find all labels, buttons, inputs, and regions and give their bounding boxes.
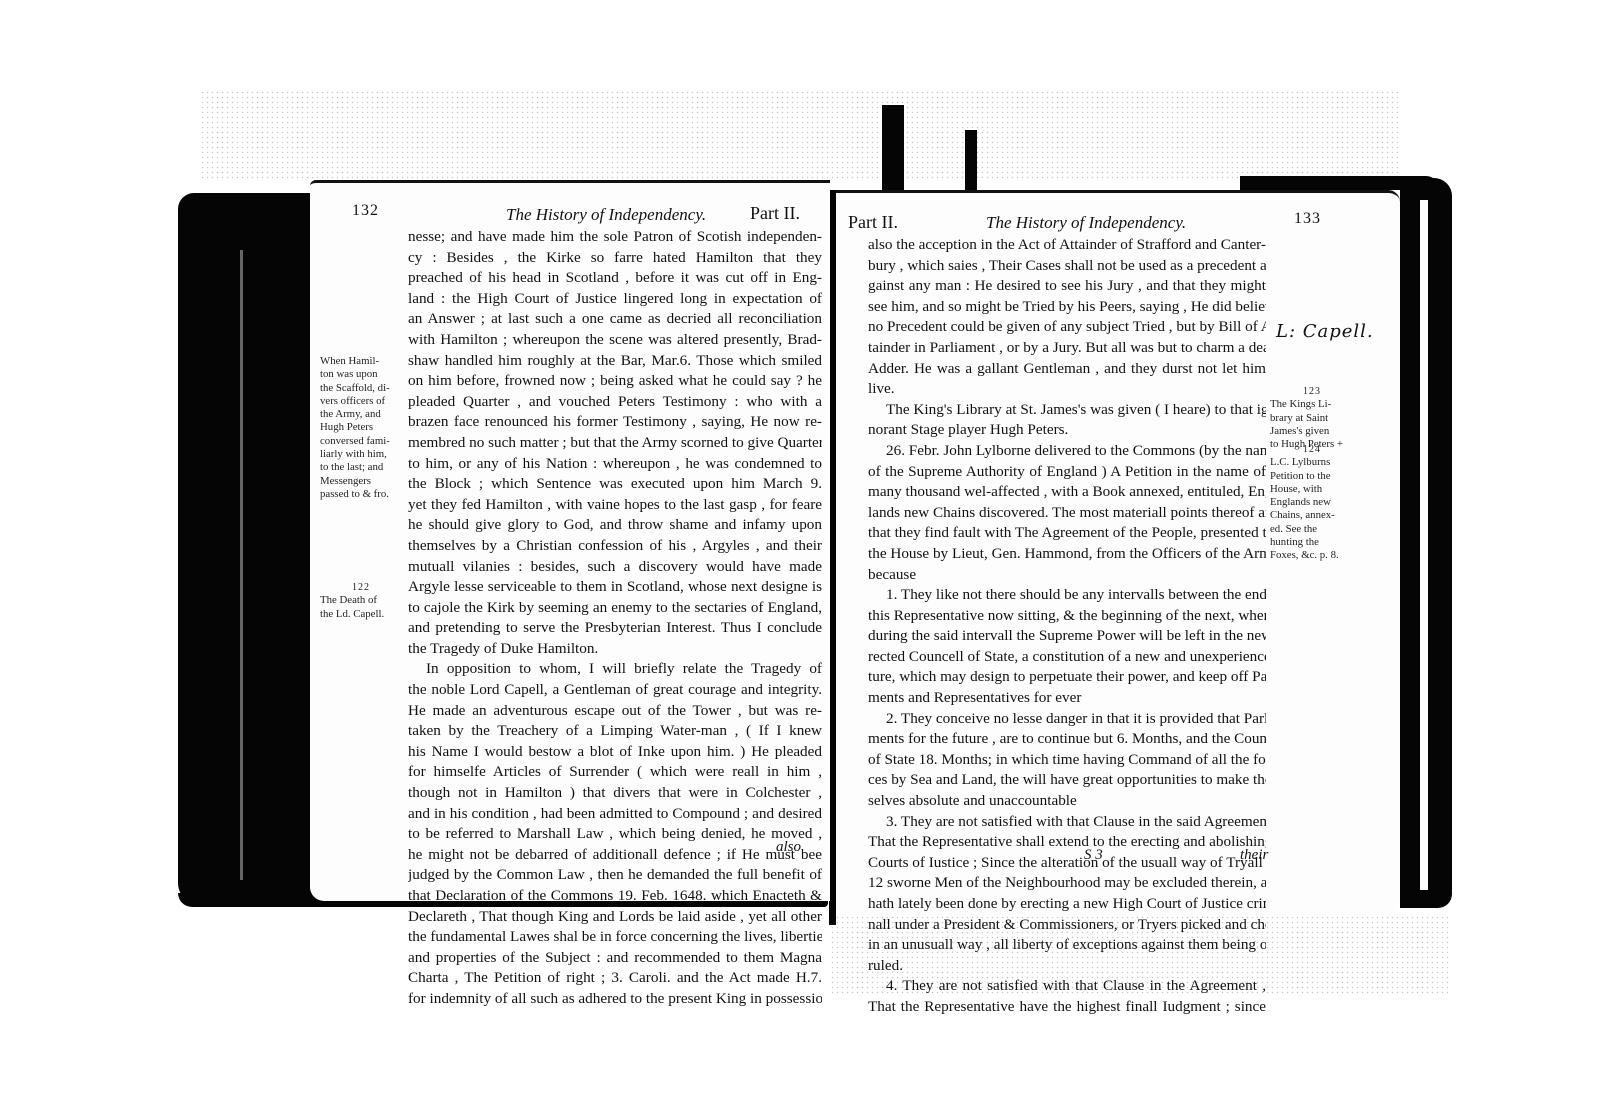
text-line: Declareth , That though King and Lords b… — [408, 907, 822, 928]
margin-note-line: hunting the — [1270, 536, 1354, 549]
text-line: ments and Representatives for ever — [868, 688, 1266, 709]
text-line: the fundamental Lawes shal be in force c… — [408, 927, 822, 948]
text-line: nesse; and have made him the sole Patron… — [408, 227, 822, 248]
text-line: to him, or any of his Nation : whereupon… — [408, 454, 822, 475]
text-line: yet they fed Hamilton , with vaine hopes… — [408, 495, 822, 516]
margin-note-number: 123 — [1270, 385, 1354, 398]
text-line: the Block ; which Sentence was executed … — [408, 474, 822, 495]
text-line: see him, and so might be Tried by his Pe… — [868, 297, 1266, 318]
margin-note-line: brary at Saint — [1270, 412, 1354, 425]
text-line: of the Supreme Authority of England ) A … — [868, 462, 1266, 483]
text-line: tainder in Parliament , or by a Jury. Bu… — [868, 338, 1266, 359]
margin-note-line: House, with — [1270, 483, 1354, 496]
text-line: taken by the Treachery of a Limping Wate… — [408, 721, 822, 742]
right-body-text: also the acception in the Act of Attaind… — [868, 235, 1266, 1018]
text-line: 12 sworne Men of the Neighbourhood may b… — [868, 873, 1266, 894]
margin-note-line: liarly with him, — [320, 448, 402, 461]
signature-mark: S 3 — [1084, 847, 1103, 864]
text-line: themselves by a Christian confession of … — [408, 536, 822, 557]
text-line: 26. Febr. John Lylborne delivered to the… — [868, 441, 1266, 462]
margin-note-line: Foxes, &c. p. 8. — [1270, 549, 1354, 562]
spine-tab-2 — [965, 130, 977, 190]
text-line: Charta , The Petition of right ; 3. Caro… — [408, 968, 822, 989]
left-margin-note-2: 122The Death ofthe Ld. Capell. — [320, 581, 402, 621]
left-margin-note-1: When Hamil-ton was uponthe Scaffold, di-… — [320, 355, 402, 501]
text-line: he should give glory to God, and throw s… — [408, 515, 822, 536]
margin-note-line: Messengers — [320, 475, 402, 488]
margin-note-line: Englands new — [1270, 496, 1354, 509]
text-line: and in his condition , had been admitted… — [408, 804, 822, 825]
right-cover-top-edge — [1240, 176, 1440, 190]
left-body-text: nesse; and have made him the sole Patron… — [408, 227, 822, 1010]
text-line: gainst any man : He desired to see his J… — [868, 276, 1266, 297]
text-line: an Answer ; at last such a one came as d… — [408, 309, 822, 330]
margin-note-line: the Army, and — [320, 408, 402, 421]
text-line: that Declaration of the Commons 19. Feb.… — [408, 886, 822, 907]
text-line: selves absolute and unaccountable — [868, 791, 1266, 812]
text-line: of State 18. Months; in which time havin… — [868, 750, 1266, 771]
gutter-spine — [829, 190, 836, 925]
text-line: this Representative now sitting, & the b… — [868, 606, 1266, 627]
left-part-label: Part II. — [750, 203, 800, 224]
text-line: land : the High Court of Justice lingere… — [408, 289, 822, 310]
text-line: membred no such matter ; but that the Ar… — [408, 433, 822, 454]
text-line: for himselfe Articles of Surrender ( whi… — [408, 762, 822, 783]
text-line: That the Representative have the highest… — [868, 997, 1266, 1018]
text-line: ments for the future , are to continue b… — [868, 729, 1266, 750]
text-line: though not in Hamilton ) that divers tha… — [408, 783, 822, 804]
text-line: also the acception in the Act of Attaind… — [868, 235, 1266, 256]
text-line: norant Stage player Hugh Peters. — [868, 420, 1266, 441]
left-cover-board — [178, 193, 328, 905]
margin-note-number: 122 — [320, 581, 402, 594]
text-line: live. — [868, 379, 1266, 400]
right-margin-note-1: 123The Kings Li-brary at SaintJames's gi… — [1270, 385, 1354, 451]
margin-note-line: The Death of — [320, 594, 402, 607]
text-line: cy : Besides , the Kirke so farre hated … — [408, 248, 822, 269]
right-page-folio: 133 — [1294, 210, 1321, 228]
text-line: because — [868, 565, 1266, 586]
left-page-folio: 132 — [352, 202, 379, 220]
right-catchword: their — [1240, 847, 1268, 864]
text-line: That the Representative shall extend to … — [868, 832, 1266, 853]
text-line: lands new Chains discovered. The most ma… — [868, 503, 1266, 524]
margin-note-line: passed to & fro. — [320, 488, 402, 501]
margin-note-number: 124 — [1270, 443, 1354, 456]
text-line: The King's Library at St. James's was gi… — [868, 400, 1266, 421]
margin-note-line: the Scaffold, di- — [320, 382, 402, 395]
text-line: In opposition to whom, I will briefly re… — [408, 659, 822, 680]
text-line: 2. They conceive no lesse danger in that… — [868, 709, 1266, 730]
handwritten-annotation: L: Capell. — [1276, 321, 1374, 342]
text-line: hath lately been done by erecting a new … — [868, 894, 1266, 915]
text-line: in an unusuall way , all liberty of exce… — [868, 935, 1266, 956]
text-line: pleaded Quarter , and vouched Peters Tes… — [408, 392, 822, 413]
right-part-label: Part II. — [848, 212, 898, 233]
text-line: during the said intervall the Supreme Po… — [868, 626, 1266, 647]
margin-note-line: James's given — [1270, 425, 1354, 438]
margin-note-line: conversed fami- — [320, 435, 402, 448]
text-line: many thousand wel-affected , with a Book… — [868, 482, 1266, 503]
margin-note-line: Petition to the — [1270, 470, 1354, 483]
text-line: bury , which saies , Their Cases shall n… — [868, 256, 1266, 277]
margin-note-line: Hugh Peters — [320, 421, 402, 434]
text-line: nall under a President & Commissioners, … — [868, 915, 1266, 936]
text-line: the noble Lord Capell, a Gentleman of gr… — [408, 680, 822, 701]
text-line: He made an adventurous escape out of the… — [408, 701, 822, 722]
text-line: the House by Lieut, Gen. Hammond, from t… — [868, 544, 1266, 565]
text-line: no Precedent could be given of any subje… — [868, 317, 1266, 338]
margin-note-line: ed. See the — [1270, 523, 1354, 536]
margin-note-line: The Kings Li- — [1270, 398, 1354, 411]
text-line: for indemnity of all such as adhered to … — [408, 989, 822, 1010]
text-line: to cajole the Kirk by seeming an enemy t… — [408, 598, 822, 619]
margin-note-line: When Hamil- — [320, 355, 402, 368]
text-line: that they find fault with The Agreement … — [868, 523, 1266, 544]
margin-note-line: vers officers of — [320, 395, 402, 408]
text-line: 4. They are not satisfied with that Clau… — [868, 976, 1266, 997]
text-line: and pretending to serve the Presbyterian… — [408, 618, 822, 639]
right-running-title: The History of Independency. — [986, 213, 1186, 233]
left-catchword: also — [776, 839, 801, 856]
text-line: on him before, frowned now ; being asked… — [408, 371, 822, 392]
right-margin-note-2: 124L.C. LylburnsPetition to theHouse, wi… — [1270, 443, 1354, 563]
text-line: with Hamilton ; whereupon the scene was … — [408, 330, 822, 351]
margin-note-line: ton was upon — [320, 368, 402, 381]
scan-noise-top — [200, 90, 1400, 180]
left-page: 132 The History of Independency. Part II… — [310, 180, 830, 901]
text-line: 1. They like not there should be any int… — [868, 585, 1266, 606]
text-line: Adder. He was a gallant Gentleman , and … — [868, 359, 1266, 380]
text-line: he might not be debarred of additionall … — [408, 845, 822, 866]
text-line: preached of his head in Scotland , befor… — [408, 268, 822, 289]
text-line: 3. They are not satisfied with that Clau… — [868, 812, 1266, 833]
text-line: his Name I would bestow a blot of Inke u… — [408, 742, 822, 763]
left-cover-highlight — [240, 250, 243, 880]
right-cover-highlight — [1420, 200, 1428, 890]
text-line: the Tragedy of Duke Hamilton. — [408, 639, 822, 660]
text-line: ces by Sea and Land, the will have great… — [868, 770, 1266, 791]
right-page: Part II. The History of Independency. 13… — [836, 190, 1400, 915]
text-line: rected Councell of State, a constitution… — [868, 647, 1266, 668]
text-line: shaw handled him roughly at the Bar, Mar… — [408, 351, 822, 372]
margin-note-line: the Ld. Capell. — [320, 608, 402, 621]
spine-tab — [882, 105, 904, 190]
text-line: mutuall vilanies : besides, such a disco… — [408, 557, 822, 578]
text-line: ruled. — [868, 956, 1266, 977]
margin-note-line: L.C. Lylburns — [1270, 456, 1354, 469]
text-line: Argyle lesse serviceable to them in Scot… — [408, 577, 822, 598]
text-line: Courts of Iustice ; Since the alteration… — [868, 853, 1266, 874]
text-line: brazen face renounced his former Testimo… — [408, 412, 822, 433]
margin-note-line: Chains, annex- — [1270, 509, 1354, 522]
text-line: judged by the Common Law , then he deman… — [408, 865, 822, 886]
left-running-title: The History of Independency. — [506, 205, 706, 225]
text-line: to be referred to Marshall Law , which b… — [408, 824, 822, 845]
margin-note-line: to the last; and — [320, 461, 402, 474]
text-line: and properties of the Subject : and reco… — [408, 948, 822, 969]
text-line: ture, which may design to perpetuate the… — [868, 667, 1266, 688]
